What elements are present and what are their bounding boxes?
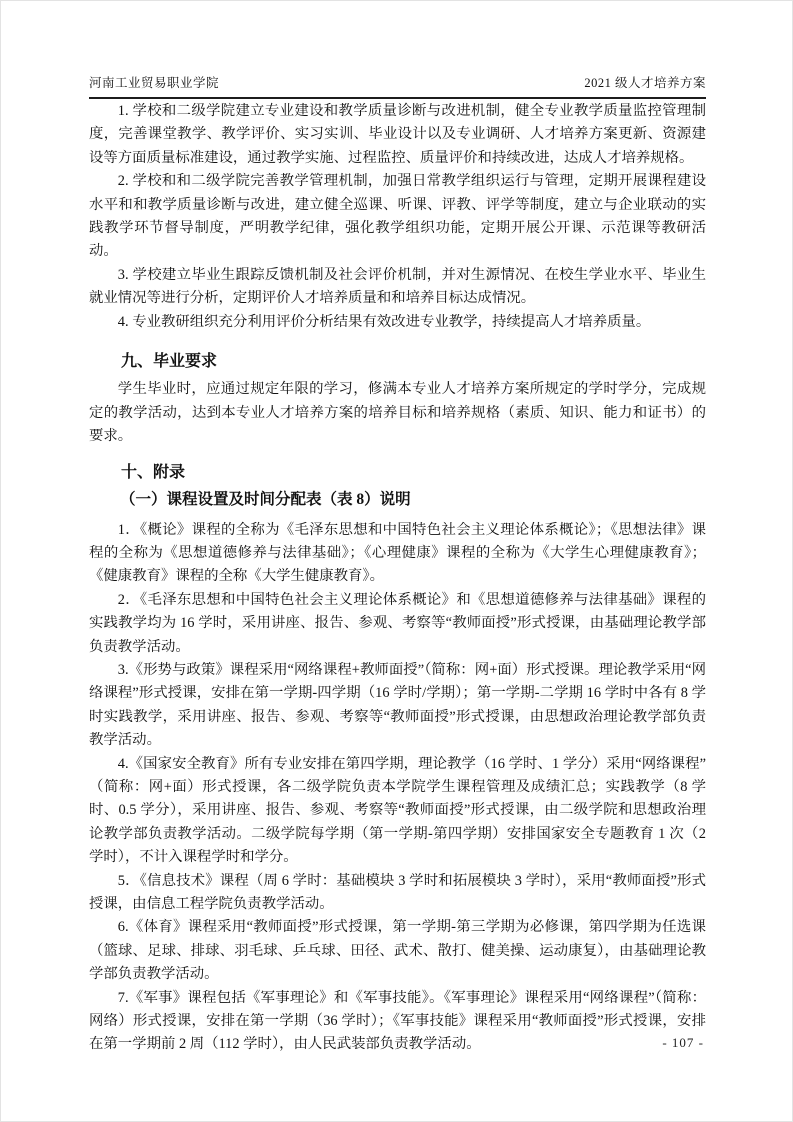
appendix-note-5: 5．《信息技术》课程（周 6 学时：基础模块 3 学时和拓展模块 3 学时），采… (89, 870, 706, 917)
appendix-note-7: 7.《军事》课程包括《军事理论》和《军事技能》。《军事理论》课程采用“网络课程”… (89, 987, 706, 1057)
appendix-note-1: 1．《概论》课程的全称为《毛泽东思想和中国特色社会主义理论体系概论》；《思想法律… (89, 519, 706, 589)
quality-paragraph-1: 1. 学校和二级学院建立专业建设和教学质量诊断与改进机制，健全专业教学质量监控管… (89, 100, 706, 170)
section-heading-graduation-requirements: 九、毕业要求 (89, 350, 706, 373)
section-heading-appendix: 十、附录 (89, 461, 706, 484)
appendix-note-3: 3.《形势与政策》课程采用“网络课程+教师面授”（简称：网+面）形式授课。理论教… (89, 659, 706, 753)
subsection-heading-course-schedule-notes: （一）课程设置及时间分配表（表 8）说明 (89, 488, 706, 511)
appendix-note-6: 6.《体育》课程采用“教师面授”形式授课，第一学期-第三学期为必修课，第四学期为… (89, 916, 706, 986)
page-header: 河南工业贸易职业学院 2021 级人才培养方案 (89, 73, 706, 99)
quality-paragraph-4: 4. 专业教研组织充分利用评价分析结果有效改进专业教学，持续提高人才培养质量。 (89, 311, 706, 334)
appendix-note-2: 2．《毛泽东思想和中国特色社会主义理论体系概论》和《思想道德修养与法律基础》课程… (89, 589, 706, 659)
document-page: 河南工业贸易职业学院 2021 级人才培养方案 1. 学校和二级学院建立专业建设… (0, 0, 793, 1122)
graduation-requirements-paragraph: 学生毕业时，应通过规定年限的学习，修满本专业人才培养方案所规定的学时学分，完成规… (89, 378, 706, 448)
header-doc-title: 2021 级人才培养方案 (584, 73, 706, 91)
appendix-note-4: 4.《国家安全教育》所有专业安排在第四学期，理论教学（16 学时、1 学分）采用… (89, 753, 706, 870)
header-school-name: 河南工业贸易职业学院 (89, 73, 219, 91)
quality-paragraph-3: 3. 学校建立毕业生跟踪反馈机制及社会评价机制，并对生源情况、在校生学业水平、毕… (89, 264, 706, 311)
page-number: - 107 - (662, 1035, 704, 1051)
document-body: 1. 学校和二级学院建立专业建设和教学质量诊断与改进机制，健全专业教学质量监控管… (89, 100, 706, 1057)
quality-paragraph-2: 2. 学校和和二级学院完善教学管理机制，加强日常教学组织运行与管理，定期开展课程… (89, 170, 706, 264)
